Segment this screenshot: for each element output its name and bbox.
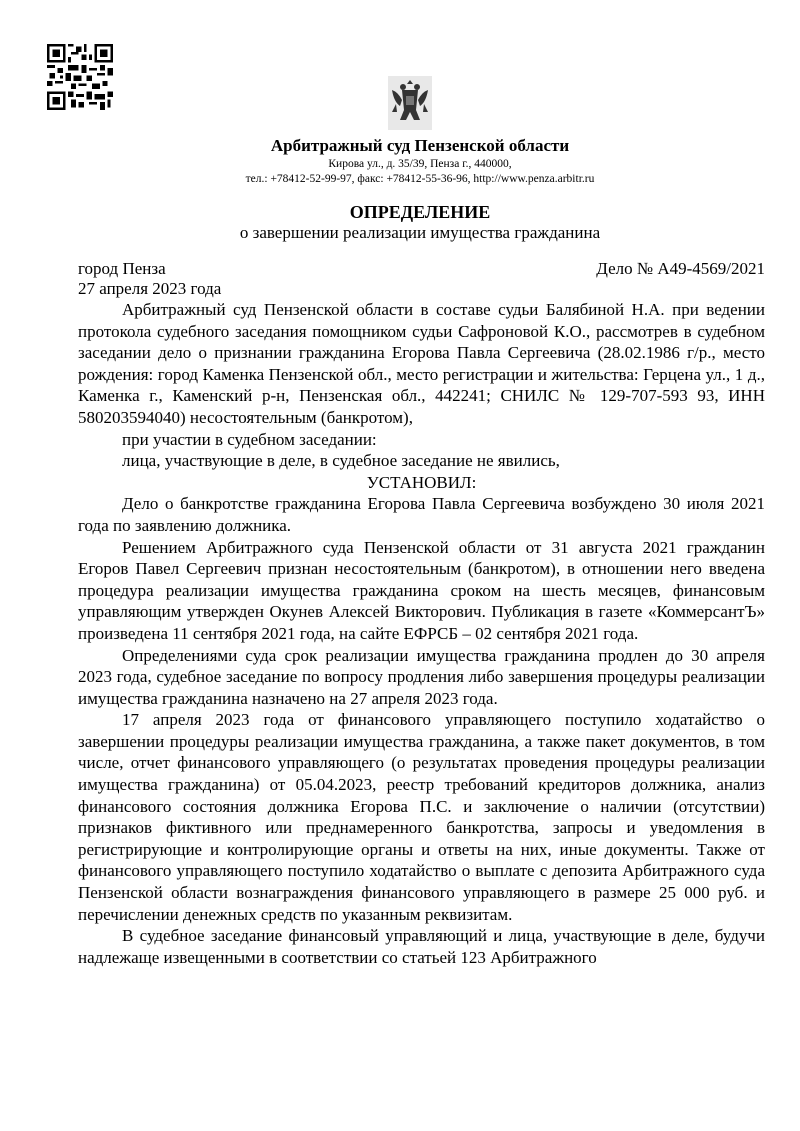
document-subtitle: о завершении реализации имущества гражда… [0,222,800,244]
city: город Пенза [78,259,166,278]
paragraph-petition: 17 апреля 2023 года от финансового управ… [78,709,765,925]
paragraph-court-composition: Арбитражный суд Пензенской области в сос… [78,299,765,429]
section-heading-established: УСТАНОВИЛ: [78,472,765,494]
meta-row: город Пенза Дело № А49-4569/2021 [78,258,765,280]
paragraph-case-initiated: Дело о банкротстве гражданина Егорова Па… [78,493,765,536]
paragraph-extension: Определениями суда срок реализации имуще… [78,645,765,710]
document-title: ОПРЕДЕЛЕНИЕ [0,201,800,223]
court-contacts: тел.: +78412-52-99-97, факс: +78412-55-3… [0,172,800,187]
court-name: Арбитражный суд Пензенской области [0,136,800,156]
paragraph-decision: Решением Арбитражного суда Пензенской об… [78,537,765,645]
document-body: Арбитражный суд Пензенской области в сос… [78,299,765,968]
court-address: Кирова ул., д. 35/39, Пенза г., 440000, [0,157,800,172]
paragraph-absence: лица, участвующие в деле, в судебное зас… [78,450,765,472]
coat-of-arms-icon [388,76,432,130]
paragraph-hearing: В судебное заседание финансовый управляю… [78,925,765,968]
qr-code-icon [47,44,113,110]
document-date: 27 апреля 2023 года [78,278,221,300]
paragraph-participation: при участии в судебном заседании: [78,429,765,451]
case-number: Дело № А49-4569/2021 [596,258,765,280]
